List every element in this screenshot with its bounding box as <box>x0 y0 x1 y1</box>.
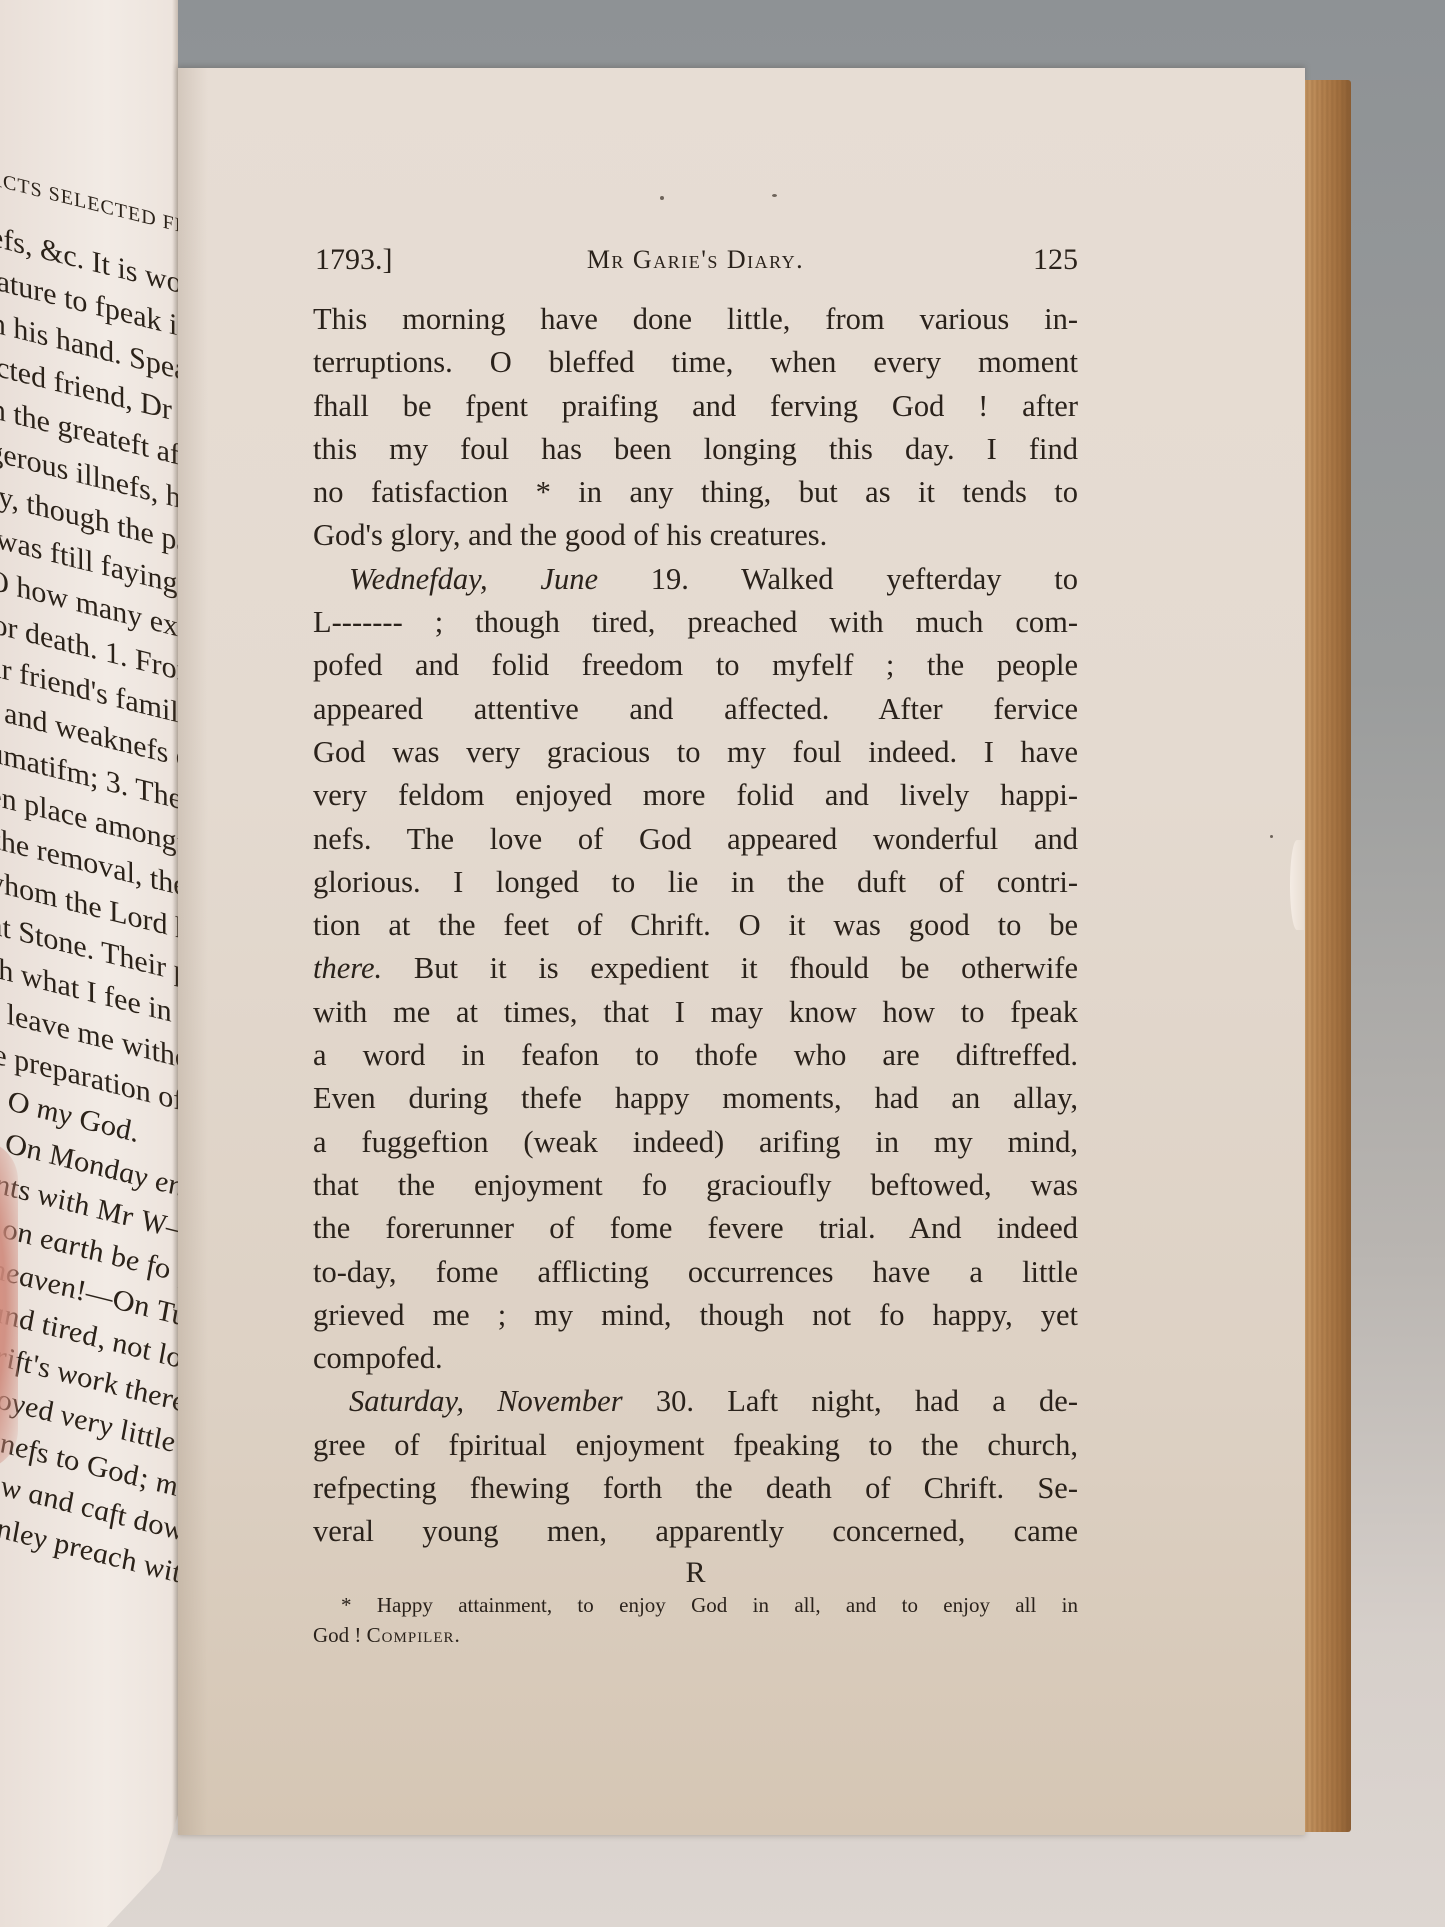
body-line: L------- ; though tired, preached with m… <box>313 601 1078 644</box>
footnote-attribution: Compiler. <box>367 1623 461 1647</box>
page-edge-tear <box>1290 840 1304 930</box>
footnote: * Happy attainment, to enjoy God in all,… <box>313 1590 1078 1650</box>
body-line: gree of fpiritual enjoyment fpeaking to … <box>313 1424 1078 1467</box>
body-line: there. But it is expedient it fhould be … <box>313 947 1078 990</box>
entry-text: 30. Laft night, had a de- <box>623 1384 1078 1418</box>
diary-body: This morning have done little, from vari… <box>313 298 1078 1554</box>
finger-holding-page <box>0 1140 18 1470</box>
entry-date: Wednefday, June <box>349 562 598 596</box>
body-line: appeared attentive and affected. After f… <box>313 688 1078 731</box>
body-line: no fatisfaction * in any thing, but as i… <box>313 471 1078 514</box>
body-line: refpecting fhewing forth the death of Ch… <box>313 1467 1078 1510</box>
entry-date: Saturday, November <box>349 1384 623 1418</box>
body-line: fhall be fpent praifing and ferving God … <box>313 385 1078 428</box>
body-line: that the enjoyment fo gracioufly beftowe… <box>313 1164 1078 1207</box>
body-line: veral young men, apparently concerned, c… <box>313 1510 1078 1553</box>
diary-entry-heading: Wednefday, June 19. Walked yefterday to <box>313 558 1078 601</box>
signature-mark: R <box>313 1556 1078 1590</box>
running-head-title: Mr Garie's Diary. <box>313 238 1078 282</box>
body-line: God was very gracious to my foul indeed.… <box>313 731 1078 774</box>
page-number: 125 <box>1033 238 1078 282</box>
body-line: nefs. The love of God appeared wonderful… <box>313 818 1078 861</box>
running-head: 1793.] Mr Garie's Diary. 125 <box>313 238 1078 282</box>
paper-speck <box>660 196 664 200</box>
body-line: very feldom enjoyed more folid and livel… <box>313 774 1078 817</box>
body-line: Even during thefe happy moments, had an … <box>313 1077 1078 1120</box>
body-line: with me at times, that I may know how to… <box>313 991 1078 1034</box>
body-line: grieved me ; my mind, though not fo happ… <box>313 1294 1078 1337</box>
body-line: the forerunner of fome fevere trial. And… <box>313 1207 1078 1250</box>
body-line: tion at the feet of Chrift. O it was goo… <box>313 904 1078 947</box>
line-text: But it is expedient it fhould be otherwi… <box>382 951 1078 985</box>
entry-text: 19. Walked yefterday to <box>598 562 1078 596</box>
footnote-text: God ! <box>313 1623 367 1647</box>
body-line: This morning have done little, from vari… <box>313 298 1078 341</box>
body-line: God's glory, and the good of his creatur… <box>313 514 1078 557</box>
body-line: compofed. <box>313 1337 1078 1380</box>
diary-entry-heading: Saturday, November 30. Laft night, had a… <box>313 1380 1078 1423</box>
body-line: terruptions. O bleffed time, when every … <box>313 341 1078 384</box>
footnote-line: God ! Compiler. <box>313 1620 1078 1650</box>
paper-speck <box>1270 835 1273 838</box>
body-line: glorious. I longed to lie in the duft of… <box>313 861 1078 904</box>
footnote-line: * Happy attainment, to enjoy God in all,… <box>313 1590 1078 1620</box>
page-block-edges <box>1305 80 1351 1832</box>
left-page-text: TRACTS SELECTED FROM [179 knefs, &c. It … <box>0 150 178 1605</box>
body-line: pofed and folid freedom to myfelf ; the … <box>313 644 1078 687</box>
body-line: to-day, fome afflicting occurrences have… <box>313 1251 1078 1294</box>
left-facing-page: TRACTS SELECTED FROM [179 knefs, &c. It … <box>0 0 178 1927</box>
body-line: a word in feafon to thofe who are diftre… <box>313 1034 1078 1077</box>
emphasis-word: there. <box>313 951 382 985</box>
body-line: a fuggeftion (weak indeed) arifing in my… <box>313 1121 1078 1164</box>
page-text-block: 1793.] Mr Garie's Diary. 125 This mornin… <box>313 238 1078 1650</box>
body-line: this my foul has been longing this day. … <box>313 428 1078 471</box>
paper-speck <box>772 194 777 197</box>
